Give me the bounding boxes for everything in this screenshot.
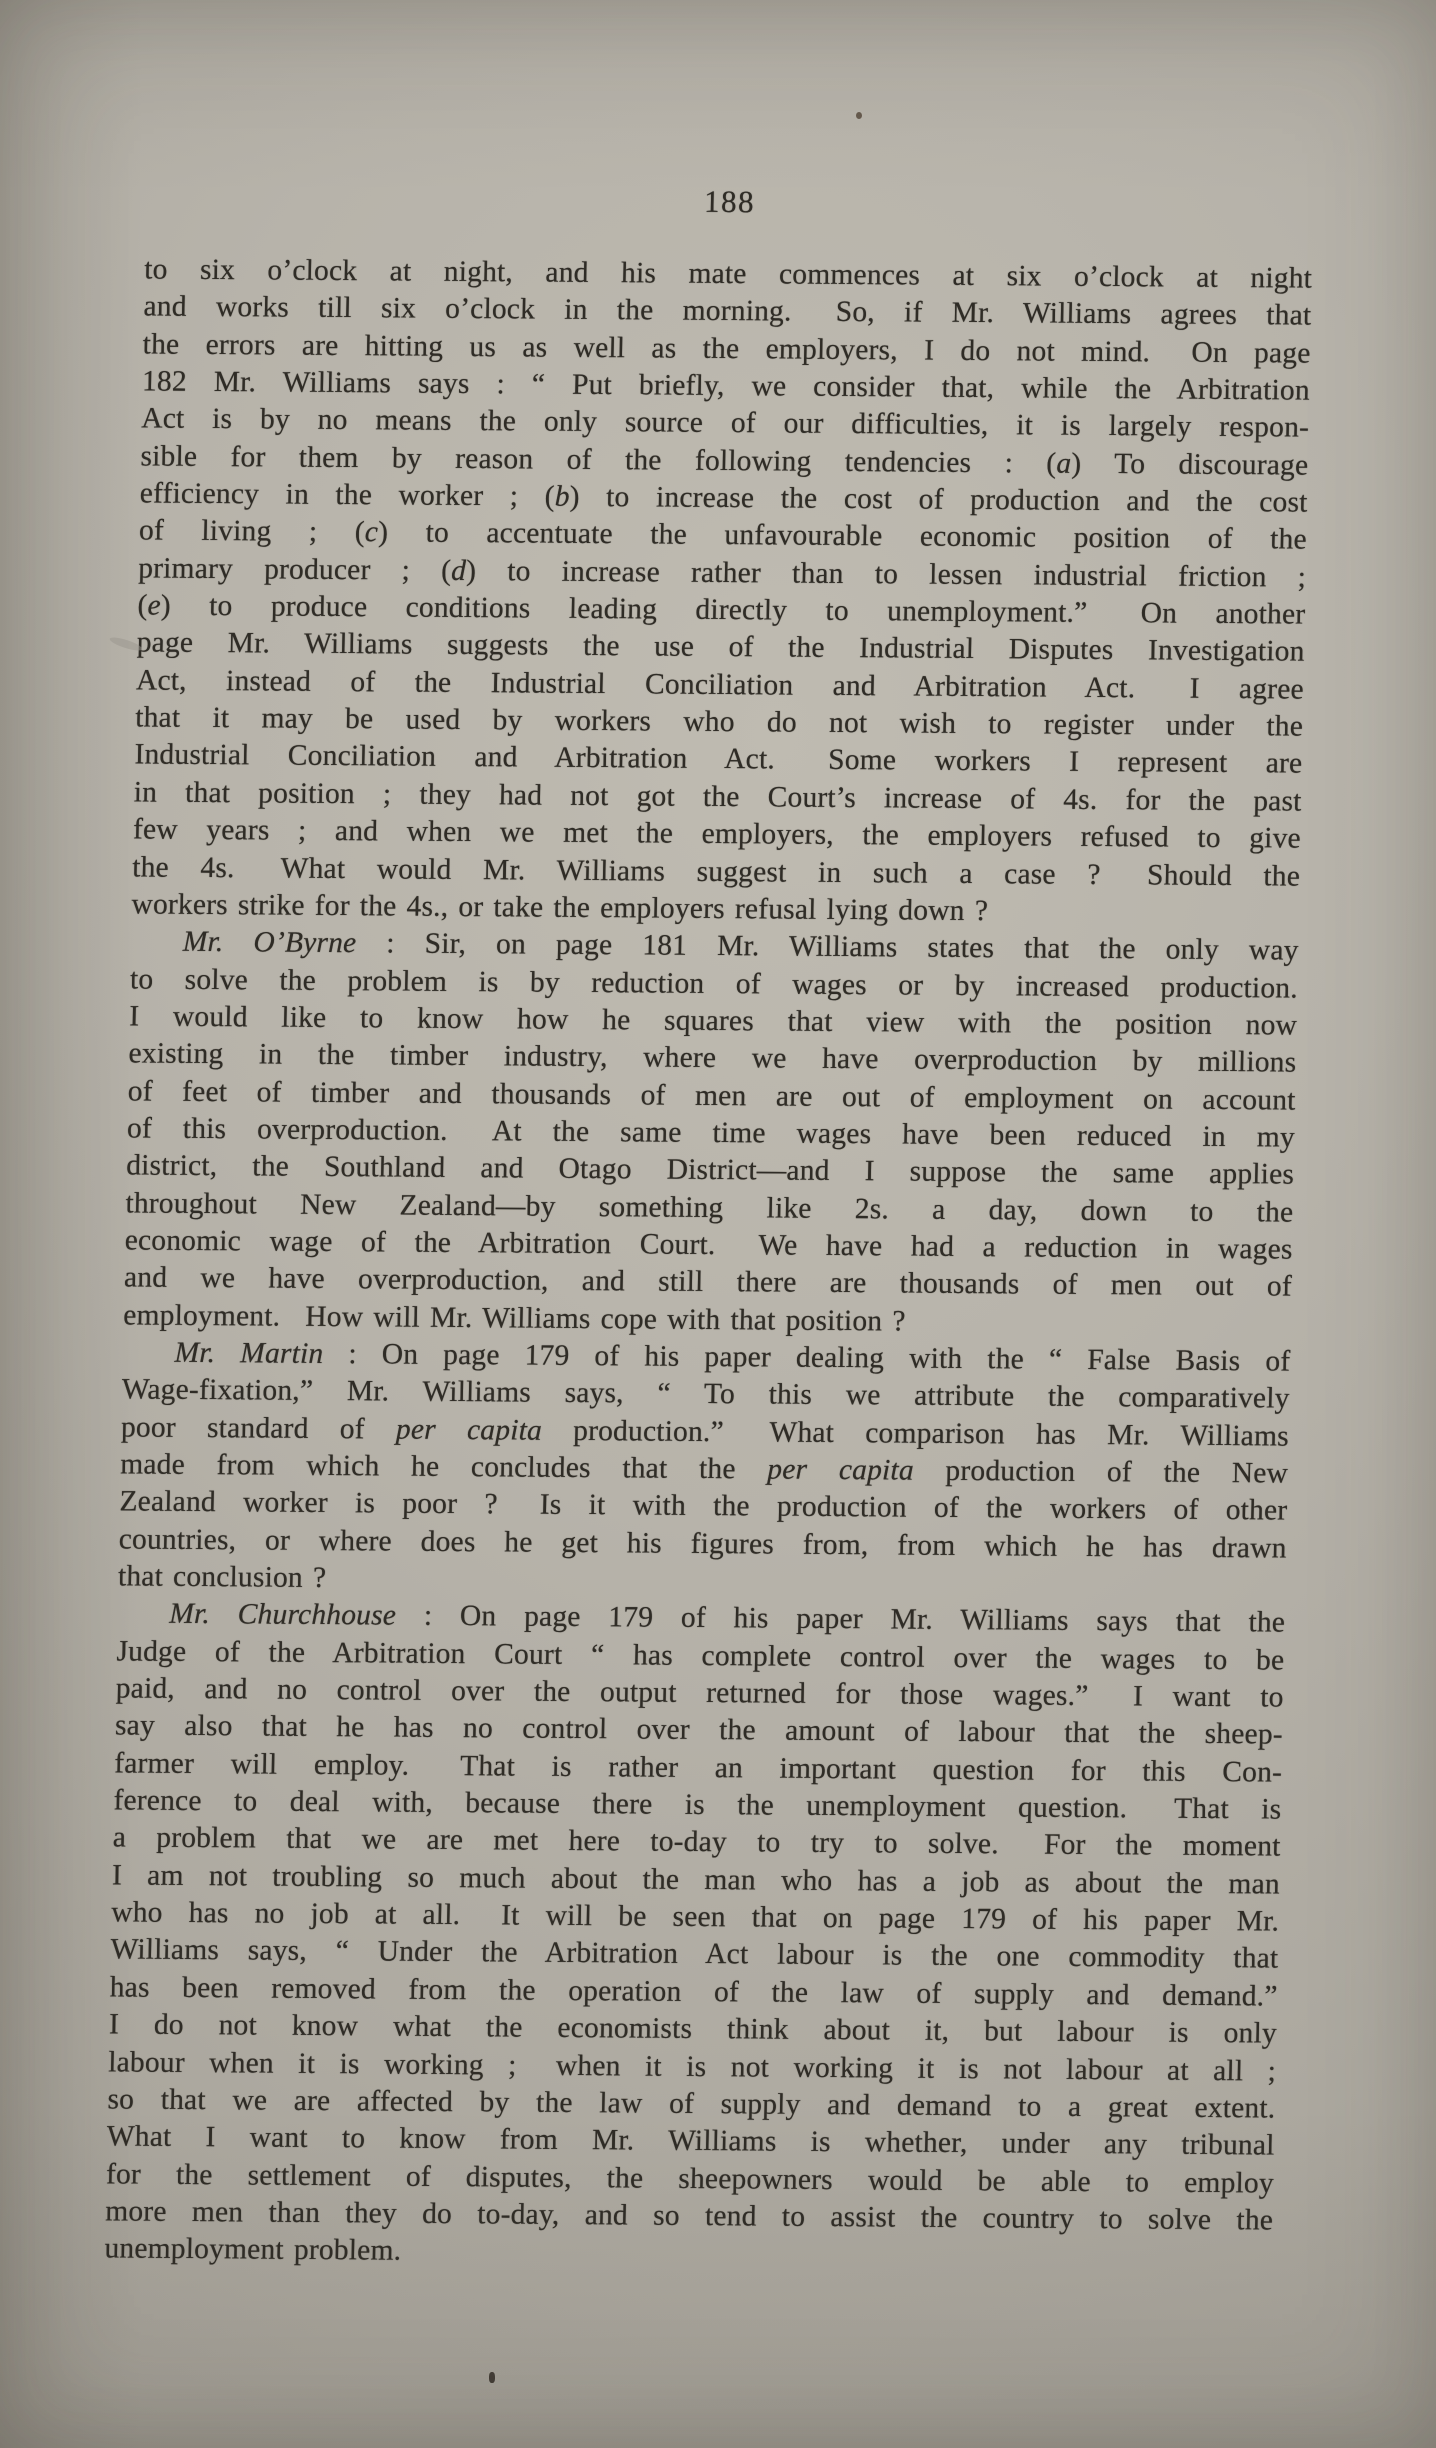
- italic-text: b: [554, 481, 570, 513]
- paragraph: Mr. O’Byrne : Sir, on page 181 Mr. Willi…: [123, 924, 1299, 1344]
- italic-text: a: [1056, 447, 1072, 479]
- italic-text: Mr. Martin: [174, 1337, 324, 1370]
- paragraph: to six o’clock at night, and his mate co…: [131, 251, 1312, 932]
- italic-text: e: [147, 590, 161, 622]
- page-text: to six o’clock at night, and his mate co…: [104, 251, 1312, 2277]
- paragraph: Mr. Martin : On page 179 of his paper de…: [118, 1334, 1291, 1605]
- italic-text: per capita: [767, 1453, 914, 1486]
- paragraph: Mr. Churchhouse : On page 179 of his pap…: [104, 1596, 1285, 2277]
- italic-text: per capita: [396, 1413, 543, 1446]
- page-number: 188: [145, 178, 1314, 224]
- book-page: 188 to six o’clock at night, and his mat…: [104, 178, 1314, 2277]
- italic-text: c: [365, 517, 379, 549]
- italic-text: Mr. O’Byrne: [182, 926, 356, 959]
- italic-text: Mr. Churchhouse: [169, 1598, 397, 1632]
- italic-text: d: [451, 555, 467, 587]
